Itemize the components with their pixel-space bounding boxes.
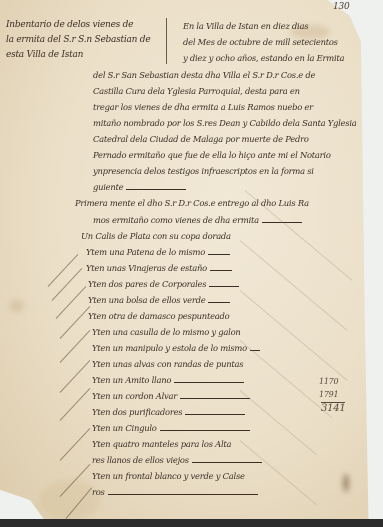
line-filler <box>126 185 186 190</box>
item-text: Yten un cordon Alvar <box>92 391 177 401</box>
inventory-item: Yten una bolsa de ellos verde <box>88 295 230 305</box>
marginal-title-line: la ermita del S.r S.n Sebastian de <box>6 35 150 45</box>
scan-border <box>0 519 383 527</box>
body-line: ynpresencia delos testigos infraescripto… <box>93 166 314 176</box>
body-line: Pernado ermitaño que fue de ella lo hiço… <box>93 150 331 160</box>
line-filler <box>108 490 258 495</box>
body-line: guiente <box>93 182 186 192</box>
inventory-item: Yten dos purificadores <box>92 407 245 417</box>
body-line: En la Villa de Istan en diez dias <box>183 21 308 31</box>
inventory-item: Yten un Amito llano <box>92 375 244 385</box>
item-text: Yten dos purificadores <box>92 407 182 417</box>
body-line: tregar los vienes de dha ermita a Luis R… <box>93 102 313 112</box>
item-text: Yten unas Vinajeras de estaño <box>86 263 207 273</box>
body-line: Castilla Cura dela Yglesia Parroquial, d… <box>93 86 300 96</box>
body-line: del Mes de octubre de mill setecientos <box>183 37 338 47</box>
line-filler <box>174 378 244 383</box>
body-line: y diez y ocho años, estando en la Ermita <box>183 53 344 63</box>
intro-line: Ytem una Patena de lo mismo <box>86 247 230 257</box>
inventory-item: Yten un cordon Alvar <box>92 391 250 401</box>
line-filler <box>208 250 230 255</box>
body-line: Catedral dela Ciudad de Malaga por muert… <box>93 134 309 144</box>
inventory-item: Yten unas alvas con randas de puntas <box>92 359 243 369</box>
line-filler <box>160 426 250 431</box>
item-text: res llanos de ellos viejos <box>92 455 189 465</box>
intro-line: mos ermitaño como vienes de dha ermita <box>93 215 302 225</box>
marginal-title-box: Inbentario de delos vienes de la ermita … <box>6 18 167 64</box>
line-filler <box>210 266 232 271</box>
line-filler <box>208 298 230 303</box>
inventory-item: Yten un frontal blanco y verde y Calse <box>92 471 245 481</box>
inventory-item: res llanos de ellos viejos <box>92 455 262 465</box>
tally-number: 1791 <box>319 390 338 399</box>
intro-line: Un Calis de Plata con su copa dorada <box>81 231 231 241</box>
item-text: Yten dos pares de Corporales <box>88 279 206 289</box>
line-filler <box>180 394 250 399</box>
body-line: mitaño nombrado por los S.res Dean y Cab… <box>93 118 357 128</box>
intro-line-text: mos ermitaño como vienes de dha ermita <box>93 215 259 225</box>
body-line: del S.r San Sebastian desta dha Villa el… <box>93 70 315 80</box>
inventory-item: Yten otra de damasco pespunteado <box>88 311 229 321</box>
line-filler <box>185 410 245 415</box>
intro-line: Primera mente el dho S.r D.r Cos.e entre… <box>75 198 309 208</box>
marginal-title-line: esta Villa de Istan <box>6 50 83 60</box>
tally-number: 1170 <box>319 377 338 386</box>
inventory-item: Yten dos pares de Corporales <box>88 279 239 289</box>
line-filler <box>192 458 262 463</box>
line-filler <box>209 282 239 287</box>
item-text: Yten un manipulo y estola de lo mismo <box>92 343 247 353</box>
inventory-item: ros <box>92 487 258 497</box>
inventory-item: Yten una casulla de lo mismo y galon <box>92 327 241 337</box>
inventory-item: Yten un Cingulo <box>92 423 250 433</box>
body-line-text: guiente <box>93 182 123 192</box>
item-text: Yten una bolsa de ellos verde <box>88 295 205 305</box>
marginal-title-line: Inbentario de delos vienes de <box>6 20 133 30</box>
inventory-item: Yten un manipulo y estola de lo mismo <box>92 343 260 353</box>
intro-line-text: Ytem una Patena de lo mismo <box>86 247 205 257</box>
item-text: Yten un Cingulo <box>92 423 157 433</box>
page-number: 130 <box>333 2 349 12</box>
item-text: Yten un Amito llano <box>92 375 171 385</box>
inventory-item: Yten quatro manteles para los Alta <box>92 439 231 449</box>
item-text: ros <box>92 487 105 497</box>
inventory-item: Yten unas Vinajeras de estaño <box>86 263 232 273</box>
